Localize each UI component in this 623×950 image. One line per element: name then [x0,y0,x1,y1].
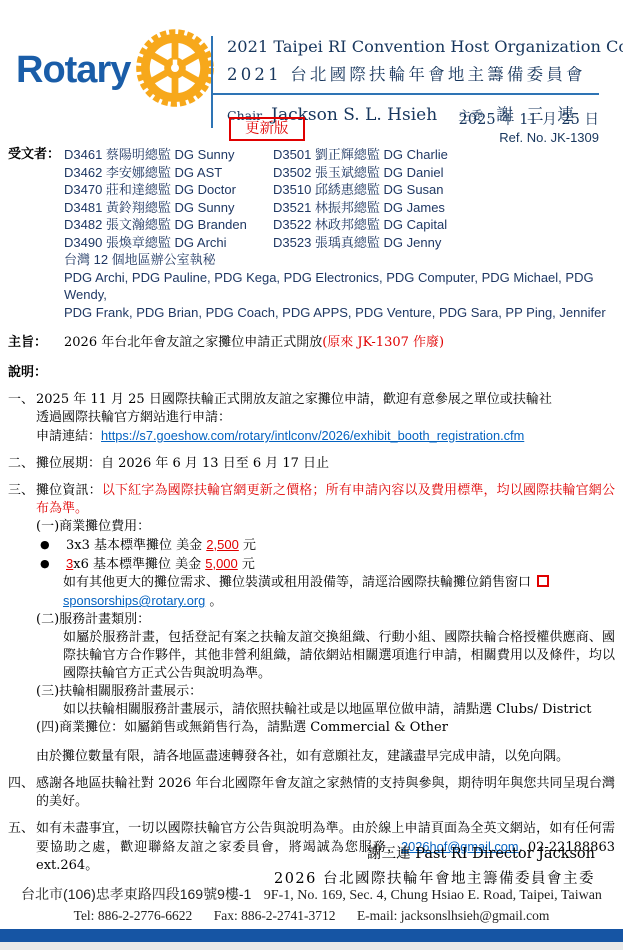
recipient-cell: D3521 林振邦總監 DG James [273,199,445,217]
bullet1-price: 2,500 [206,537,239,552]
fax-number: Fax: 886-2-2741-3712 [214,908,336,923]
item3-note: 如有其他更大的攤位需求、攤位裝潢或租用設備等，請逕洽國際扶輪攤位銷售窗口 spo… [36,574,615,611]
recipients-extra-line: 台灣 12 個地區辦公室執秘 [64,251,615,269]
footer-blue-bar [0,929,623,942]
explanation-item-4: 四、 感謝各地區扶輪社對 2026 年台北國際年會友誼之家熱情的支持與參與，期待… [8,775,615,811]
red-checkbox-icon [537,575,549,587]
pdg-recipients-line2: PDG Frank, PDG Brian, PDG Coach, PDG APP… [64,304,615,322]
recipient-row: D3461 蔡陽明總監 DG Sunny D3501 劉正輝總監 DG Char… [64,146,615,164]
item3-sub2-text: 如屬於服務計畫，包括登記有案之扶輪友誼交換組織、行動小組、國際扶輪合格授權供應商… [36,629,615,683]
letter-date: 2025 年 11 月 25 日 [459,108,599,129]
recipient-row: D3481 黃鈴翔總監 DG Sunny D3521 林振邦總監 DG Jame… [64,199,615,217]
recipient-cell: D3510 邱綉惠總監 DG Susan [273,181,444,199]
item1-link-line: 申請連結：https://s7.goeshow.com/rotary/intlc… [36,427,615,446]
item-number: 四、 [8,775,34,793]
booth-price-bullet-1: ● 3x3 基本標準攤位 美金 2,500 元 [36,536,615,555]
committee-title-zh: 2021 台北國際扶輪年會地主籌備委員會 [227,61,607,85]
recipient-row: D3470 莊和達總監 DG Doctor D3510 邱綉惠總監 DG Sus… [64,181,615,199]
address-line: 台北市(106)忠孝東路四段169號9樓-1 9F-1, No. 169, Se… [0,884,623,904]
bullet-icon: ● [40,555,50,573]
recipients-section: 受文者： D3461 蔡陽明總監 DG Sunny D3501 劉正輝總監 DG… [8,146,615,321]
recipient-cell: D3481 黃鈴翔總監 DG Sunny [64,199,273,217]
link-label: 申請連結： [36,429,101,444]
rotary-logo: Rotary [16,28,215,112]
explanation-item-3: 三、 攤位資訊：以下紅字為國際扶輪官網更新之價格；所有申請內容以及費用標準，均以… [8,482,615,766]
item2-text: 攤位展期：自 2026 年 6 月 13 日至 6 月 17 日止 [36,455,615,473]
item3-note-email-line: sponsorships@rotary.org 。 [63,592,615,611]
subject-text: 2026 年台北年會友誼之家攤位申請正式開放 [64,335,322,350]
item3-sub2-title: (二)服務計畫類別： [36,611,615,629]
letter-body: 受文者： D3461 蔡陽明總監 DG Sunny D3501 劉正輝總監 DG… [8,146,615,875]
recipient-row: D3490 張煥章總監 DG Archi D3523 張瑀真總監 DG Jenn… [64,234,615,252]
recipient-cell: D3502 張玉斌總監 DG Daniel [273,164,444,182]
item-number: 二、 [8,455,34,473]
subject-content: 2026 年台北年會友誼之家攤位申請正式開放(原來 JK-1307 作廢) [64,334,444,352]
recipient-cell: D3462 李安娜總監 DG AST [64,164,273,182]
item4-text: 感謝各地區扶輪社對 2026 年台北國際年會友誼之家熱情的支持與參與，期待明年與… [36,775,615,811]
header-vertical-divider [211,36,213,128]
recipients-label: 受文者： [8,146,64,321]
updated-version-badge: 更新版 [229,117,305,141]
bullet2-post: 元 [238,557,255,572]
registration-link[interactable]: https://s7.goeshow.com/rotary/intlconv/2… [101,428,524,443]
address-en: 9F-1, No. 169, Sec. 4, Chung Hsiao E. Ro… [264,888,602,903]
bullet1-pre: 3x3 基本標準攤位 美金 [66,538,206,553]
item3-sub1-title: (一)商業攤位費用： [36,518,615,536]
subject-section: 主旨： 2026 年台北年會友誼之家攤位申請正式開放(原來 JK-1307 作廢… [8,334,615,352]
item3-sub3-title: (三)扶輪相關服務計畫展示： [36,683,615,701]
recipient-cell: D3470 莊和達總監 DG Doctor [64,181,273,199]
item-number: 五、 [8,820,34,838]
pdg-recipients-line1: PDG Archi, PDG Pauline, PDG Kega, PDG El… [64,269,615,304]
item-number: 一、 [8,391,34,409]
subject-red-note: (原來 JK-1307 作廢) [322,335,444,350]
committee-title-en: 2021 Taipei RI Convention Host Organizat… [227,37,607,56]
footer-email: E-mail: jacksonslhsieh@gmail.com [357,908,549,923]
item1-line2: 透過國際扶輪官方網站進行申請： [36,409,615,427]
booth-price-bullet-2: ● 3x6 基本標準攤位 美金 5,000 元 [36,555,615,574]
recipient-cell: D3490 張煥章總監 DG Archi [64,234,273,252]
recipient-row: D3462 李安娜總監 DG AST D3502 張玉斌總監 DG Daniel [64,164,615,182]
bullet1-post: 元 [239,538,256,553]
tel-number: Tel: 886-2-2776-6622 [74,908,193,923]
item3-closing: 由於攤位數量有限，請各地區盡速轉發各社，如有意願社友，建議盡早完成申請，以免向隅… [36,748,615,766]
subject-label: 主旨： [8,334,64,352]
recipients-list: D3461 蔡陽明總監 DG Sunny D3501 劉正輝總監 DG Char… [64,146,615,321]
item3-note-text: 如有其他更大的攤位需求、攤位裝潢或租用設備等，請逕洽國際扶輪攤位銷售窗口 [63,575,531,590]
recipient-cell: D3461 蔡陽明總監 DG Sunny [64,146,273,164]
explanation-item-1: 一、 2025 年 11 月 25 日國際扶輪正式開放友誼之家攤位申請，歡迎有意… [8,391,615,446]
note-period: 。 [205,594,222,609]
rotary-wheel-icon [135,28,215,112]
header-horizontal-rule [211,93,599,95]
signature-block: 謝三連 Past RI Director Jackson 2026 台北國際扶輪… [274,842,595,888]
signature-name: 謝三連 Past RI Director Jackson [274,842,595,863]
bullet-icon: ● [40,536,50,554]
bullet2-pre: x6 基本標準攤位 美金 [73,557,205,572]
recipient-cell: D3523 張瑀真總監 DG Jenny [273,234,441,252]
contact-line: Tel: 886-2-2776-6622 Fax: 886-2-2741-371… [0,908,623,924]
date-block: 2025 年 11 月 25 日 Ref. No. JK-1309 [459,108,599,145]
explanation-label: 說明： [8,364,615,382]
item3-sub4-text: (四)商業攤位：如屬銷售或無銷售行為，請點選 Commercial & Othe… [36,719,615,737]
bullet2-price: 5,000 [205,556,238,571]
item3-intro-red: 以下紅字為國際扶輪官網更新之價格；所有申請內容以及費用標準，均以國際扶輪官網公布… [36,483,615,516]
item-number: 三、 [8,482,34,500]
item3-intro-black: 攤位資訊： [36,483,102,498]
recipient-row: D3482 張文瀚總監 DG Branden D3522 林政邦總監 DG Ca… [64,216,615,234]
item3-sub3-text: 如以扶輪相關服務計畫展示，請依照扶輪社或是以地區單位做申請，請點選 Clubs/… [36,701,615,719]
explanation-item-2: 二、 攤位展期：自 2026 年 6 月 13 日至 6 月 17 日止 [8,455,615,473]
footer-gray-strip [0,942,623,950]
reference-number: Ref. No. JK-1309 [459,130,599,145]
sponsorships-email-link[interactable]: sponsorships@rotary.org [63,593,205,608]
item3-intro: 攤位資訊：以下紅字為國際扶輪官網更新之價格；所有申請內容以及費用標準，均以國際扶… [36,482,615,518]
item1-line1: 2025 年 11 月 25 日國際扶輪正式開放友誼之家攤位申請，歡迎有意參展之… [36,391,615,409]
committee-titles: 2021 Taipei RI Convention Host Organizat… [227,37,607,85]
recipient-cell: D3522 林政邦總監 DG Capital [273,216,447,234]
letter-page: Rotary 2021 Taipei RI Convention Host Or… [0,0,623,950]
letter-footer: 台北市(106)忠孝東路四段169號9樓-1 9F-1, No. 169, Se… [0,884,623,924]
recipient-cell: D3501 劉正輝總監 DG Charlie [273,146,448,164]
recipient-cell: D3482 張文瀚總監 DG Branden [64,216,273,234]
rotary-wordmark: Rotary [16,51,130,89]
address-zh: 台北市(106)忠孝東路四段169號9樓-1 [21,886,251,902]
